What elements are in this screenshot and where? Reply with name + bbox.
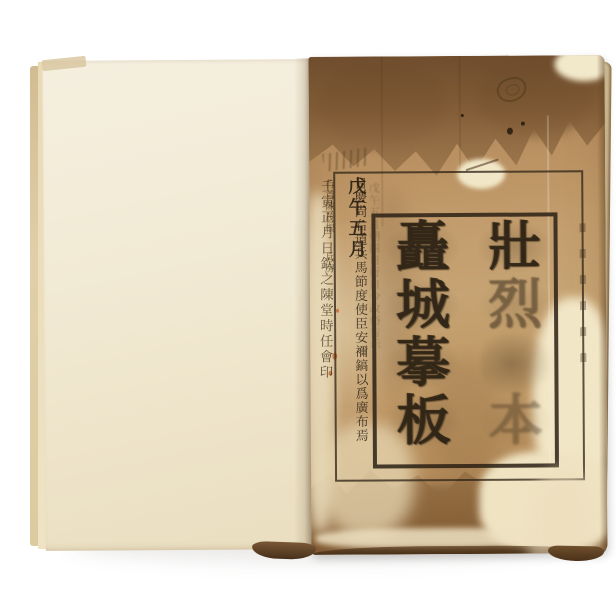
photograph-antique-book: 壯 烈 本 矗 城 摹 板 戊午五月 日慶尙右道兵馬節度使臣安襧鎬以爲廣布焉 戊… [0,0,616,616]
illegible-character-smudge [480,332,550,394]
title-character: 板 [381,391,467,452]
title-character: 矗 [379,217,465,278]
blank-flyleaf-page [42,59,317,551]
printed-title-box: 壯 烈 本 矗 城 摹 板 [371,212,559,468]
book-cover: 壯 烈 本 矗 城 摹 板 戊午五月 日慶尙右道兵馬節度使臣安襧鎬以爲廣布焉 戊… [308,55,607,555]
title-column-left: 矗 城 摹 板 [379,217,467,465]
worn-corner-edge [548,545,604,561]
title-character: 摹 [380,333,466,394]
title-character: 本 [473,390,559,451]
ink-speck [461,114,464,117]
ink-speck [521,122,525,126]
title-column-right: 壯 烈 本 [471,216,559,464]
left-flyleaf-stack [30,58,316,556]
handwritten-annotation-column: 壬寅正月日欽之陳堂時任會印 行首陳茂根 兵房 [309,179,336,555]
title-character: 烈 [472,274,558,335]
title-character: 城 [380,275,466,336]
handwritten-main-text: 壬寅正月日欽之陳堂時任會印 [314,179,336,381]
faint-printed-column: 戊午五月朔四日行自今改俗告示 [365,182,383,468]
ink-speck [507,128,513,135]
faint-scribbles [322,147,370,171]
title-character: 壯 [471,216,557,277]
